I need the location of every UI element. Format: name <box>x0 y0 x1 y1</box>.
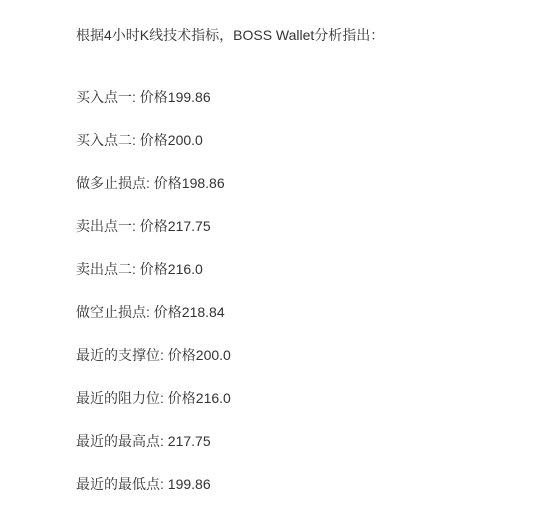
buy-point-2-line: 买入点二: 价格200.0 <box>76 130 513 151</box>
long-stop-loss-line: 做多止损点: 价格198.86 <box>76 173 513 194</box>
nearest-support-line: 最近的支撑位: 价格200.0 <box>76 345 513 366</box>
analysis-document: 根据4小时K线技术指标，BOSS Wallet分析指出： 买入点一: 价格199… <box>0 0 553 514</box>
buy-point-1-line: 买入点一: 价格199.86 <box>76 87 513 108</box>
intro-paragraph: 根据4小时K线技术指标，BOSS Wallet分析指出： <box>76 25 513 46</box>
nearest-resistance-line: 最近的阻力位: 价格216.0 <box>76 388 513 409</box>
recent-low-line: 最近的最低点: 199.86 <box>76 474 513 495</box>
sell-point-2-line: 卖出点二: 价格216.0 <box>76 259 513 280</box>
recent-high-line: 最近的最高点: 217.75 <box>76 431 513 452</box>
sell-point-1-line: 卖出点一: 价格217.75 <box>76 216 513 237</box>
short-stop-loss-line: 做空止损点: 价格218.84 <box>76 302 513 323</box>
